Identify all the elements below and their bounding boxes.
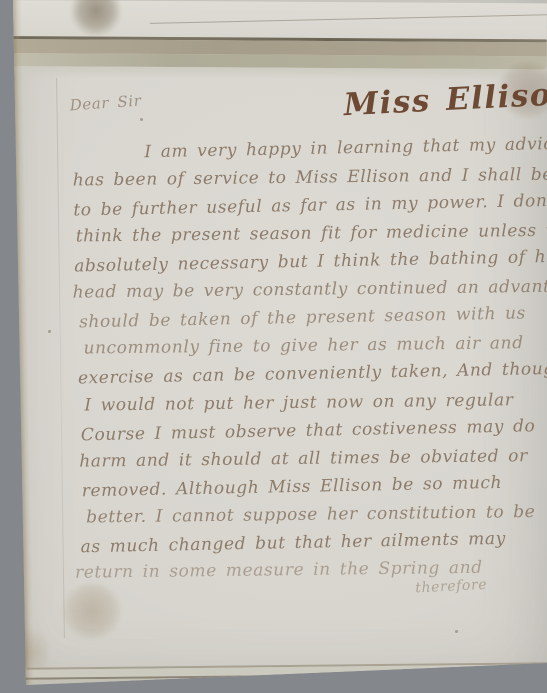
letter-line: removed. Although Miss Ellison be so muc… <box>82 473 503 501</box>
letter-line: I would not put her just now on any regu… <box>84 390 513 415</box>
letter-line: has been of service to Miss Ellison and … <box>73 164 547 190</box>
catchword: therefore <box>415 577 488 597</box>
letter-photograph: Dear Sir Miss Ellison I am very happy in… <box>0 0 547 693</box>
letter-line: absolutely necessary but I think the bat… <box>74 247 547 277</box>
letter-line: as much changed but that her ailments ma… <box>80 529 506 558</box>
letter-line: return in some measure in the Spring and <box>75 558 483 583</box>
letter-line: exercise as can be conveniently taken, A… <box>78 359 547 389</box>
letter-line: Course I must observe that costiveness m… <box>81 416 536 445</box>
letter-line: head may be very constantly continued an… <box>73 276 547 302</box>
handwriting-layer: Dear Sir Miss Ellison I am very happy in… <box>0 0 547 693</box>
letter-line: harm and it should at all times be obvia… <box>79 446 528 471</box>
salutation: Dear Sir <box>69 92 142 115</box>
letter-line: uncommonly fine to give her as much air … <box>83 333 523 358</box>
letter-page: Dear Sir Miss Ellison I am very happy in… <box>0 0 547 693</box>
docket-heading: Miss Ellison <box>343 76 547 124</box>
letter-line: should be taken of the present season wi… <box>79 303 526 332</box>
letter-line: to be further useful as far as in my pow… <box>73 191 547 221</box>
letter-line: I am very happy in learning that my advi… <box>144 134 547 162</box>
letter-line: better. I cannot suppose her constitutio… <box>86 502 535 527</box>
letter-line: think the present season fit for medicin… <box>76 220 547 246</box>
